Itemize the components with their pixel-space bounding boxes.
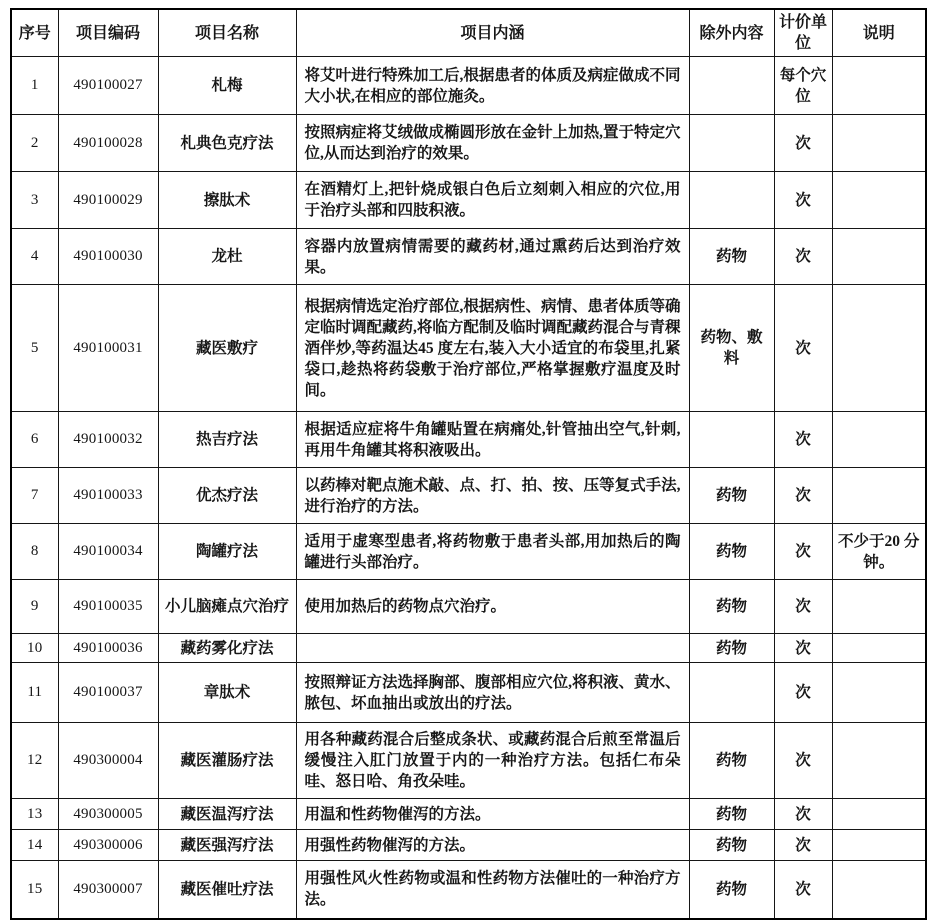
cell-excluded: 药物 [689,634,774,663]
cell-code: 490100027 [58,57,158,115]
table-row: 6 490100032 热吉疗法 根据适应症将牛角罐贴置在病痛处,针管抽出空气,… [11,412,926,468]
cell-unit: 次 [774,115,832,172]
table-row: 11 490100037 章肽术 按照辩证方法选择胸部、腹部相应穴位,将积液、黄… [11,663,926,723]
cell-note [832,723,926,799]
cell-unit: 次 [774,830,832,861]
table-row: 9 490100035 小儿脑瘫点穴治疗 使用加热后的药物点穴治疗。 药物 次 [11,580,926,634]
table-row: 13 490300005 藏医温泻疗法 用温和性药物催泻的方法。 药物 次 [11,799,926,830]
cell-code: 490300005 [58,799,158,830]
cell-name: 擦肽术 [158,172,296,229]
cell-unit: 次 [774,524,832,580]
cell-no: 5 [11,285,58,412]
cell-code: 490100029 [58,172,158,229]
table-row: 4 490100030 龙杜 容器内放置病情需要的藏药材,通过熏药后达到治疗效果… [11,229,926,285]
cell-no: 11 [11,663,58,723]
cell-note [832,799,926,830]
cell-no: 15 [11,861,58,919]
cell-note [832,830,926,861]
cell-name: 优杰疗法 [158,468,296,524]
cell-code: 490100031 [58,285,158,412]
cell-unit: 次 [774,412,832,468]
cell-code: 490100035 [58,580,158,634]
cell-excluded: 药物、敷料 [689,285,774,412]
cell-code: 490100030 [58,229,158,285]
header-unit: 计价单位 [774,9,832,57]
cell-excluded [689,115,774,172]
cell-no: 3 [11,172,58,229]
cell-note [832,172,926,229]
header-name: 项目名称 [158,9,296,57]
cell-code: 490300007 [58,861,158,919]
cell-note [832,634,926,663]
table-row: 12 490300004 藏医灌肠疗法 用各种藏药混合后整成条状、或藏药混合后煎… [11,723,926,799]
cell-unit: 每个穴位 [774,57,832,115]
cell-content [296,634,689,663]
cell-note [832,285,926,412]
cell-excluded: 药物 [689,468,774,524]
cell-code: 490100033 [58,468,158,524]
cell-excluded: 药物 [689,580,774,634]
cell-content: 使用加热后的药物点穴治疗。 [296,580,689,634]
cell-unit: 次 [774,799,832,830]
cell-code: 490100036 [58,634,158,663]
cell-note [832,468,926,524]
cell-excluded: 药物 [689,723,774,799]
header-excluded: 除外内容 [689,9,774,57]
cell-content: 用温和性药物催泻的方法。 [296,799,689,830]
cell-name: 章肽术 [158,663,296,723]
cell-no: 7 [11,468,58,524]
cell-note [832,412,926,468]
cell-no: 12 [11,723,58,799]
table-row: 14 490300006 藏医强泻疗法 用强性药物催泻的方法。 药物 次 [11,830,926,861]
cell-note: 不少于20 分钟。 [832,524,926,580]
cell-name: 札典色克疗法 [158,115,296,172]
table-row: 15 490300007 藏医催吐疗法 用强性风火性药物或温和性药物方法催吐的一… [11,861,926,919]
table-row: 3 490100029 擦肽术 在酒精灯上,把针烧成银白色后立刻刺入相应的穴位,… [11,172,926,229]
cell-excluded: 药物 [689,524,774,580]
cell-name: 藏医温泻疗法 [158,799,296,830]
cell-no: 10 [11,634,58,663]
cell-note [832,229,926,285]
table-body: 1 490100027 札梅 将艾叶进行特殊加工后,根据患者的体质及病症做成不同… [11,57,926,919]
cell-no: 6 [11,412,58,468]
header-no: 序号 [11,9,58,57]
cell-unit: 次 [774,229,832,285]
table-row: 8 490100034 陶罐疗法 适用于虚寒型患者,将药物敷于患者头部,用加热后… [11,524,926,580]
cell-content: 根据病情选定治疗部位,根据病性、病情、患者体质等确定临时调配藏药,将临方配制及临… [296,285,689,412]
table-header: 序号 项目编码 项目名称 项目内涵 除外内容 计价单位 说明 [11,9,926,57]
cell-unit: 次 [774,468,832,524]
cell-excluded [689,172,774,229]
cell-unit: 次 [774,172,832,229]
cell-name: 热吉疗法 [158,412,296,468]
cell-note [832,580,926,634]
header-content: 项目内涵 [296,9,689,57]
cell-name: 藏医敷疗 [158,285,296,412]
cell-name: 小儿脑瘫点穴治疗 [158,580,296,634]
cell-unit: 次 [774,580,832,634]
cell-content: 将艾叶进行特殊加工后,根据患者的体质及病症做成不同大小状,在相应的部位施灸。 [296,57,689,115]
cell-note [832,115,926,172]
cell-content: 以药棒对靶点施术敲、点、打、拍、按、压等复式手法,进行治疗的方法。 [296,468,689,524]
cell-name: 札梅 [158,57,296,115]
cell-no: 9 [11,580,58,634]
cell-name: 陶罐疗法 [158,524,296,580]
cell-unit: 次 [774,663,832,723]
document-page: 序号 项目编码 项目名称 项目内涵 除外内容 计价单位 说明 1 4901000… [0,0,934,915]
table-row: 5 490100031 藏医敷疗 根据病情选定治疗部位,根据病性、病情、患者体质… [11,285,926,412]
table-row: 10 490100036 藏药雾化疗法 药物 次 [11,634,926,663]
cell-content: 在酒精灯上,把针烧成银白色后立刻刺入相应的穴位,用于治疗头部和四肢积液。 [296,172,689,229]
header-note: 说明 [832,9,926,57]
cell-no: 4 [11,229,58,285]
cell-unit: 次 [774,634,832,663]
cell-note [832,57,926,115]
service-items-table: 序号 项目编码 项目名称 项目内涵 除外内容 计价单位 说明 1 4901000… [10,8,927,920]
cell-code: 490100037 [58,663,158,723]
cell-excluded: 药物 [689,799,774,830]
cell-no: 1 [11,57,58,115]
cell-excluded: 药物 [689,861,774,919]
cell-excluded [689,57,774,115]
cell-code: 490300006 [58,830,158,861]
cell-code: 490100034 [58,524,158,580]
cell-no: 14 [11,830,58,861]
cell-name: 藏医强泻疗法 [158,830,296,861]
header-row: 序号 项目编码 项目名称 项目内涵 除外内容 计价单位 说明 [11,9,926,57]
cell-content: 用强性药物催泻的方法。 [296,830,689,861]
cell-name: 藏医灌肠疗法 [158,723,296,799]
header-code: 项目编码 [58,9,158,57]
cell-name: 藏药雾化疗法 [158,634,296,663]
table-row: 2 490100028 札典色克疗法 按照病症将艾绒做成椭圆形放在金针上加热,置… [11,115,926,172]
cell-excluded [689,412,774,468]
cell-unit: 次 [774,285,832,412]
cell-no: 2 [11,115,58,172]
cell-content: 用各种藏药混合后整成条状、或藏药混合后煎至常温后缓慢注入肛门放置于内的一种治疗方… [296,723,689,799]
cell-content: 容器内放置病情需要的藏药材,通过熏药后达到治疗效果。 [296,229,689,285]
cell-excluded: 药物 [689,229,774,285]
cell-content: 用强性风火性药物或温和性药物方法催吐的一种治疗方法。 [296,861,689,919]
cell-content: 适用于虚寒型患者,将药物敷于患者头部,用加热后的陶罐进行头部治疗。 [296,524,689,580]
cell-note [832,861,926,919]
cell-code: 490100028 [58,115,158,172]
cell-unit: 次 [774,861,832,919]
table-row: 7 490100033 优杰疗法 以药棒对靶点施术敲、点、打、拍、按、压等复式手… [11,468,926,524]
cell-content: 按照病症将艾绒做成椭圆形放在金针上加热,置于特定穴位,从而达到治疗的效果。 [296,115,689,172]
cell-excluded: 药物 [689,830,774,861]
cell-no: 8 [11,524,58,580]
cell-unit: 次 [774,723,832,799]
cell-name: 龙杜 [158,229,296,285]
cell-no: 13 [11,799,58,830]
cell-note [832,663,926,723]
cell-code: 490300004 [58,723,158,799]
cell-excluded [689,663,774,723]
cell-name: 藏医催吐疗法 [158,861,296,919]
cell-content: 根据适应症将牛角罐贴置在病痛处,针管抽出空气,针刺,再用牛角罐其将积液吸出。 [296,412,689,468]
cell-code: 490100032 [58,412,158,468]
table-row: 1 490100027 札梅 将艾叶进行特殊加工后,根据患者的体质及病症做成不同… [11,57,926,115]
cell-content: 按照辩证方法选择胸部、腹部相应穴位,将积液、黄水、脓包、坏血抽出或放出的疗法。 [296,663,689,723]
